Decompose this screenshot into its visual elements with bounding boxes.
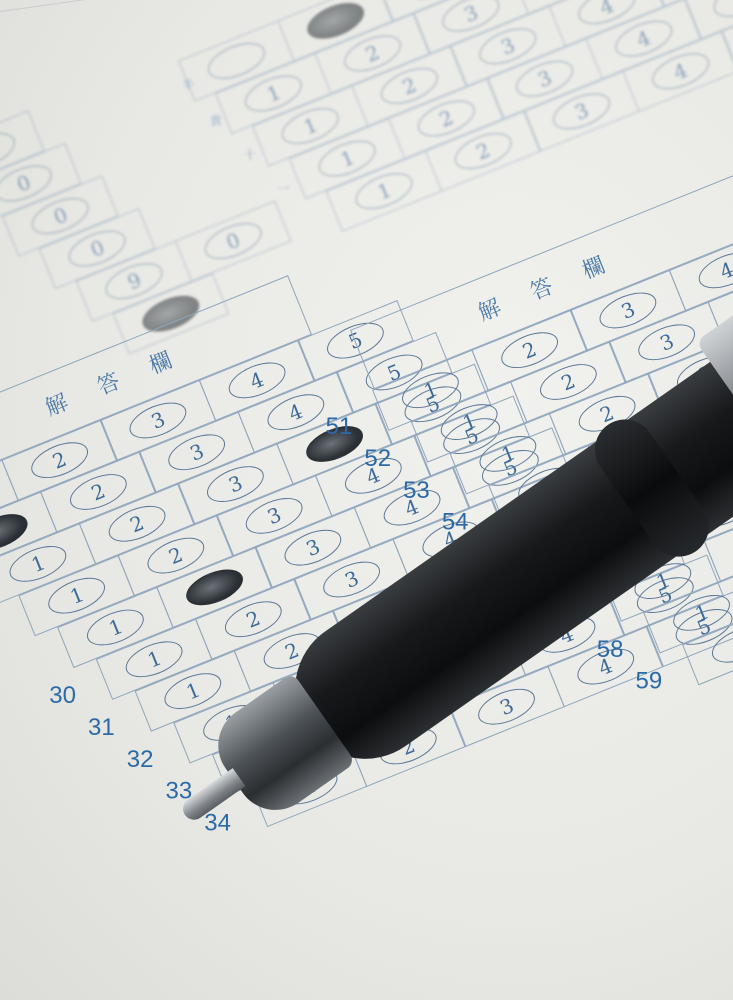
question-number: 59: [635, 668, 662, 696]
pencil-tip: [179, 768, 246, 824]
question-number: 58: [597, 636, 624, 664]
side-mark: 貴: [209, 111, 223, 129]
side-mark: 一: [277, 179, 291, 197]
question-number: 52: [364, 445, 391, 473]
question-number: 30: [49, 682, 76, 710]
answer-bubble[interactable]: 5: [709, 0, 733, 24]
question-number: 53: [403, 477, 430, 505]
question-number: 51: [326, 413, 353, 441]
question-number: 31: [88, 714, 115, 742]
side-mark: 十: [243, 145, 257, 163]
